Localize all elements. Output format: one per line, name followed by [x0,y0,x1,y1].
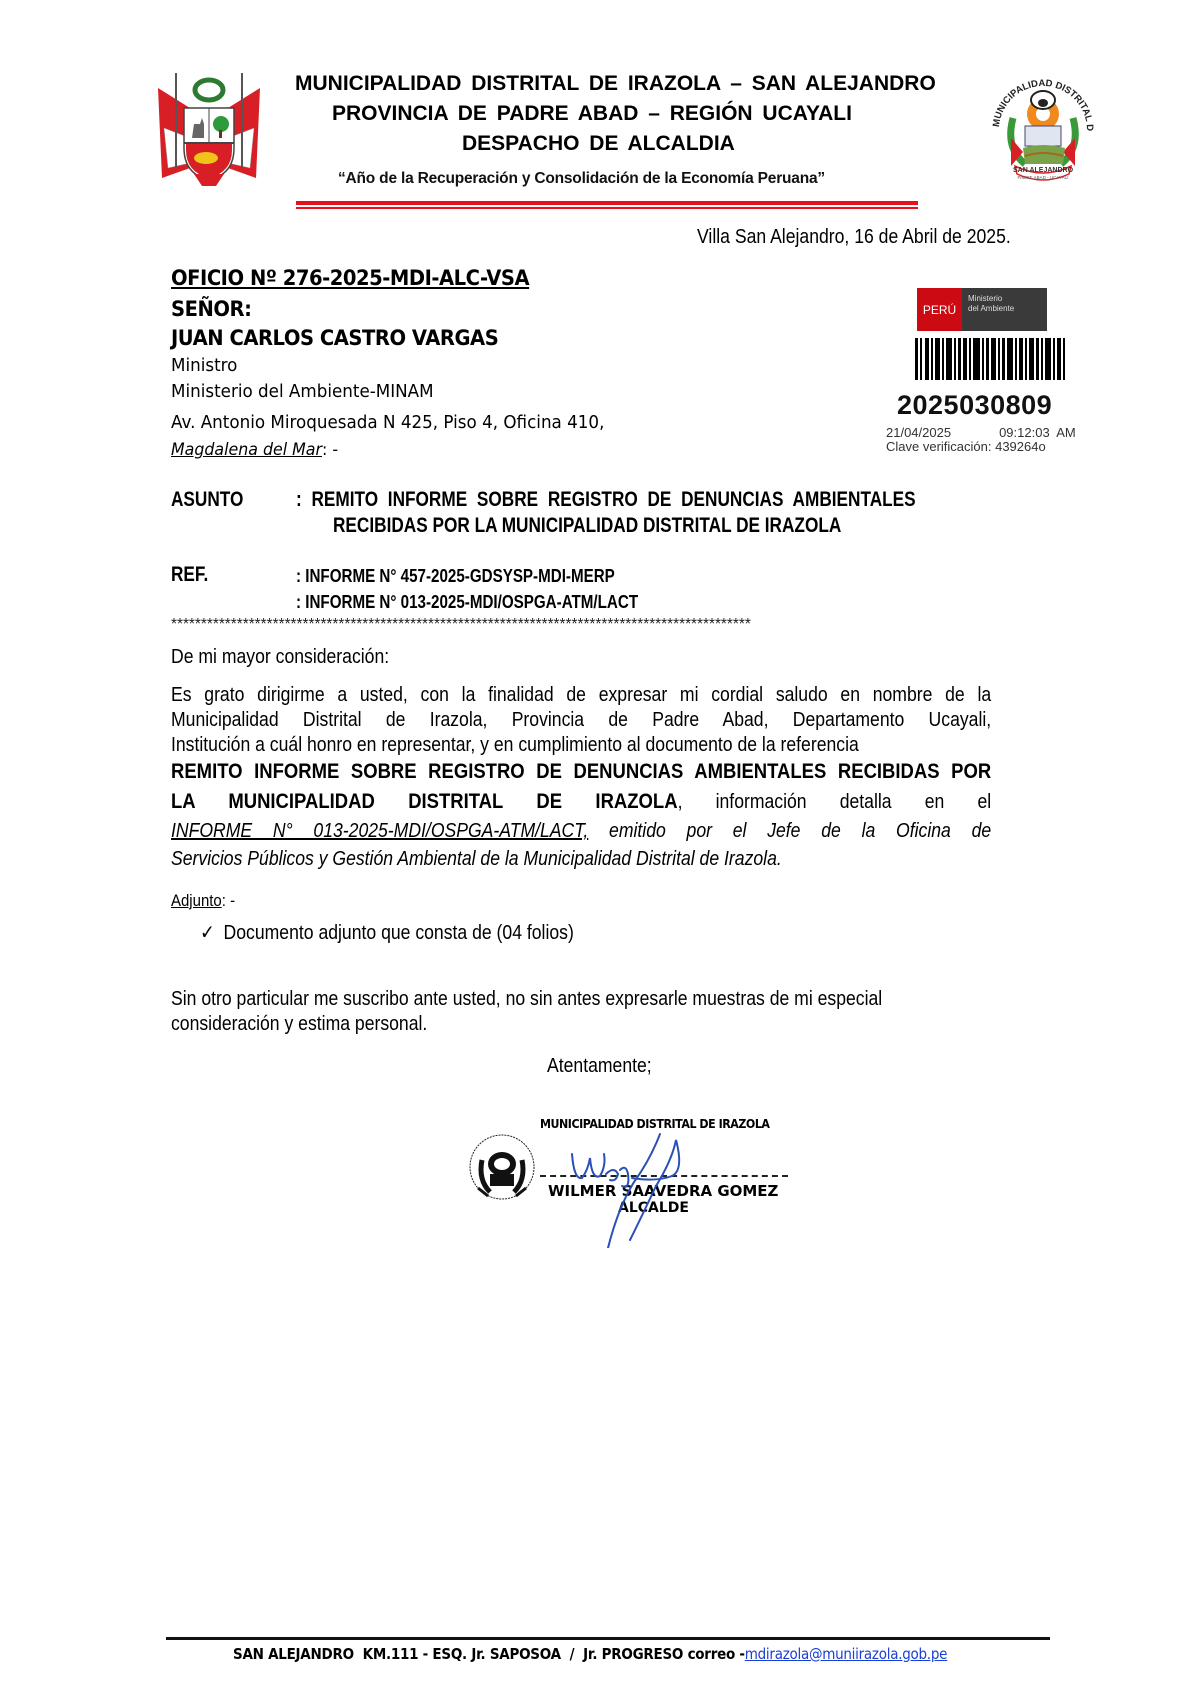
handwritten-signature-icon [560,1130,710,1248]
footer-email-link[interactable]: mdirazola@muniirazola.gob.pe [745,1645,947,1663]
year-motto: “Año de la Recuperación y Consolidación … [338,170,898,188]
peru-brand: PERÚ [917,288,962,331]
addressee-institution: Ministerio del Ambiente-MINAM [171,381,434,402]
attachment-suffix: : - [222,891,235,910]
informe-reference-link: INFORME N° 013-2025-MDI/OSPGA-ATM/LACT, [171,820,588,842]
minam-reception-logo: PERÚ Ministerio del Ambiente [917,288,1047,331]
reference-label: REF. [171,563,208,587]
addressee-address: Av. Antonio Miroquesada N 425, Piso 4, O… [171,412,604,433]
farewell: Atentamente; [547,1055,652,1078]
body-line-3: Institución a cuál honro en representar,… [171,734,991,757]
salutation: SEÑOR: [171,297,251,321]
barcode-icon [915,338,1065,380]
header-line-3: DESPACHO DE ALCALDIA [462,132,862,156]
city-suffix: : - [322,440,338,460]
body-line-7: Servicios Públicos y Gestión Ambiental d… [171,848,991,871]
reception-time: 09:12:03 AM [999,425,1076,440]
footer-rule [166,1637,1050,1640]
checkmark-icon: ✓ [200,922,215,944]
letter-date: Villa San Alejandro, 16 de Abril de 2025… [697,226,1011,249]
body-line-5-rest: , información detalla en el [678,791,992,813]
city-name: Magdalena del Mar [171,440,322,460]
ministry-brand-line-1: Ministerio [968,294,1047,304]
subject-label: ASUNTO [171,488,243,512]
subject-line-1: : REMITO INFORME SOBRE REGISTRO DE DENUN… [296,488,916,512]
ministry-brand: Ministerio del Ambiente [962,288,1047,331]
signature-institution: MUNICIPALIDAD DISTRITAL DE IRAZOLA [540,1117,769,1131]
reception-datetime: 21/04/202509:12:03 AM [886,425,1076,440]
body-line-1: Es grato dirigirme a usted, con la final… [171,684,991,707]
ministry-brand-line-2: del Ambiente [968,304,1047,314]
asterisk-separator: ****************************************… [171,616,751,634]
svg-text:SAN ALEJANDRO: SAN ALEJANDRO [1013,167,1074,174]
body-line-6: INFORME N° 013-2025-MDI/OSPGA-ATM/LACT, … [171,820,991,843]
body-line-5: LA MUNICIPALIDAD DISTRITAL DE IRAZOLA, i… [171,790,991,814]
header-line-2: PROVINCIA DE PADRE ABAD – REGIÓN UCAYALI [332,102,932,126]
municipal-seal-icon: MUNICIPALIDAD DISTRITAL DE IRAZOLA SAN A… [985,68,1100,186]
attachment-label: Adjunto: - [171,891,235,911]
header-red-rule-thin [296,207,918,209]
closing-line-1: Sin otro particular me suscribo ante ust… [171,988,882,1011]
reference-item-1: : INFORME N° 457-2025-GDSYSP-MDI-MERP [296,565,615,587]
reference-item-2: : INFORME N° 013-2025-MDI/OSPGA-ATM/LACT [296,591,638,613]
body-line-6-rest: emitido por el Jefe de la Oficina de [588,820,991,842]
attachment-label-text: Adjunto [171,891,222,910]
addressee-city: Magdalena del Mar: - [171,440,338,460]
greeting: De mi mayor consideración: [171,646,389,669]
attachment-item-text: Documento adjunto que consta de (04 foli… [224,922,574,944]
svg-text:PADRE ABAD - UCAYALI: PADRE ABAD - UCAYALI [1017,175,1068,180]
header-red-rule [296,201,918,205]
subject-line-2: RECIBIDAS POR LA MUNICIPALIDAD DISTRITAL… [333,514,841,538]
body-line-5-bold: LA MUNICIPALIDAD DISTRITAL DE IRAZOLA [171,790,678,813]
municipal-stamp-icon [468,1130,536,1204]
reception-date: 21/04/2025 [886,425,951,440]
footer-address: SAN ALEJANDRO KM.111 - ESQ. Jr. SAPOSOA … [233,1645,947,1663]
addressee-name: JUAN CARLOS CASTRO VARGAS [171,326,498,350]
peru-coat-of-arms-icon [150,68,268,190]
registry-number: 2025030809 [897,390,1052,421]
header-line-1: MUNICIPALIDAD DISTRITAL DE IRAZOLA – SAN… [295,72,975,96]
body-line-4-bold: REMITO INFORME SOBRE REGISTRO DE DENUNCI… [171,760,991,784]
attachment-item: ✓Documento adjunto que consta de (04 fol… [200,920,574,945]
verification-key: Clave verificación: 439264o [886,439,1046,454]
oficio-number: OFICIO Nº 276-2025-MDI-ALC-VSA [171,266,529,290]
footer-address-text: SAN ALEJANDRO KM.111 - ESQ. Jr. SAPOSOA … [233,1645,745,1663]
body-line-2: Municipalidad Distrital de Irazola, Prov… [171,709,991,732]
addressee-position: Ministro [171,355,237,376]
closing-line-2: consideración y estima personal. [171,1013,427,1036]
